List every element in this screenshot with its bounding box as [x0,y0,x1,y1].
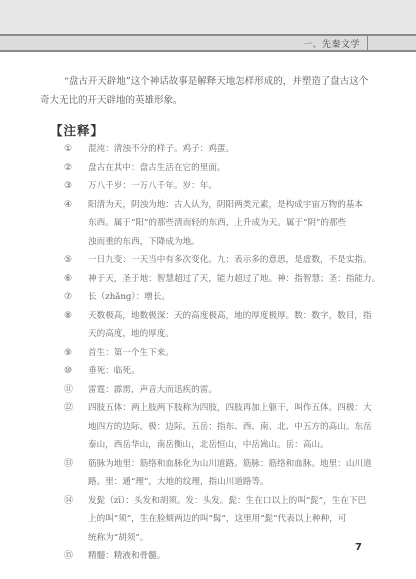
note-line: 统称为“胡须”。 [88,529,384,548]
note-line: 东西。属于“阳”的那些清而轻的东西，上升成为天。属于“阴”的那些 [88,214,384,233]
note-body: 长（zhǎng）：增长。 [88,288,384,307]
note-number: ⑬ [64,455,88,492]
note-item: ⑮精髓：精液和骨髓。 [64,547,384,566]
note-number: ④ [64,196,88,252]
note-number: ⑧ [64,307,88,344]
note-body: 阳清为天，阴浊为地：古人认为，阴阳两类元素，是构成宇宙万物的基本东西。属于“阳”… [88,196,384,252]
note-number: ⑤ [64,251,88,270]
note-item: ③万八千岁：一万八千年。岁：年。 [64,177,384,196]
note-number: ⑩ [64,362,88,381]
note-body: 万八千岁：一万八千年。岁：年。 [88,177,384,196]
intro-line: “盘古开天辟地”这个神话故事是解释天地怎样形成的，并塑造了盘古这个 [64,72,364,91]
note-number: ② [64,159,88,178]
note-item: ④阳清为天，阴浊为地：古人认为，阴阳两类元素，是构成宇宙万物的基本东西。属于“阳… [64,196,384,252]
note-number: ⑪ [64,381,88,400]
note-line: 筋脉为地里：筋络和血脉化为山川道路。筋脉：筋络和血脉。地里：山川道 [88,455,384,474]
note-item: ⑩垂死：临死。 [64,362,384,381]
note-line: 长（zhǎng）：增长。 [88,288,384,307]
running-head: 一、先秦文学 [303,37,360,50]
note-line: 万八千岁：一万八千年。岁：年。 [88,177,384,196]
note-number: ⑭ [64,492,88,548]
note-item: ②盘古在其中：盘古生活在它的里面。 [64,159,384,178]
note-body: 垂死：临死。 [88,362,384,381]
note-line: 天数极高，地数极深：天的高度极高，地的厚度极厚。数：数字，数目，指 [88,307,384,326]
note-item: ⑥神于天，圣于地：智慧超过了天，能力超过了地。神：指智慧；圣：指能力。 [64,270,384,289]
note-line: 地四方的边际。极：边际。五岳：指东、西、南、北、中五方的高山。东岳 [88,418,384,437]
note-number: ⑫ [64,399,88,455]
note-item: ⑦长（zhǎng）：增长。 [64,288,384,307]
note-line: 混沌：清浊不分的样子。鸡子：鸡蛋。 [88,140,384,159]
note-line: 路。里：通“理”，大地的纹理，指山川道路等。 [88,473,384,492]
notes-list: ①混沌：清浊不分的样子。鸡子：鸡蛋。②盘古在其中：盘古生活在它的里面。③万八千岁… [64,140,384,566]
intro-line: 奇大无比的开天辟地的英雄形象。 [40,91,364,110]
note-item: ⑫四肢五体：两上肢两下肢称为四肢，四肢再加上躯干，叫作五体。四极：大地四方的边际… [64,399,384,455]
note-number: ⑨ [64,344,88,363]
note-body: 筋脉为地里：筋络和血脉化为山川道路。筋脉：筋络和血脉。地里：山川道路。里：通“理… [88,455,384,492]
note-line: 阳清为天，阴浊为地：古人认为，阴阳两类元素，是构成宇宙万物的基本 [88,196,384,215]
note-line: 上的叫“须”，生在脸颊两边的叫“髯”，这里用“髭”代表以上种种，可 [88,510,384,529]
note-body: 盘古在其中：盘古生活在它的里面。 [88,159,384,178]
note-item: ⑤一日九变：一天当中有多次变化。九：表示多的意思，是虚数，不是实指。 [64,251,384,270]
note-line: 一日九变：一天当中有多次变化。九：表示多的意思，是虚数，不是实指。 [88,251,384,270]
note-item: ①混沌：清浊不分的样子。鸡子：鸡蛋。 [64,140,384,159]
note-item: ⑭发髭（zī）：头发和胡须。发：头发。髭：生在口以上的叫“髭”，生在下巴上的叫“… [64,492,384,548]
intro-paragraph: “盘古开天辟地”这个神话故事是解释天地怎样形成的，并塑造了盘古这个 奇大无比的开… [64,72,364,110]
note-line: 天的高度，地的厚度。 [88,325,384,344]
note-line: 发髭（zī）：头发和胡须。发：头发。髭：生在口以上的叫“髭”，生在下巴 [88,492,384,511]
note-item: ⑧天数极高，地数极深：天的高度极高，地的厚度极厚。数：数字，数目，指天的高度，地… [64,307,384,344]
header-band [0,0,416,34]
note-line: 泰山，西岳华山，南岳衡山，北岳恒山，中岳嵩山。岳：高山。 [88,436,384,455]
notes-title: 【注释】 [50,121,104,139]
note-line: 四肢五体：两上肢两下肢称为四肢，四肢再加上躯干，叫作五体。四极：大 [88,399,384,418]
note-body: 发髭（zī）：头发和胡须。发：头发。髭：生在口以上的叫“髭”，生在下巴上的叫“须… [88,492,384,548]
note-line: 垂死：临死。 [88,362,384,381]
note-item: ⑪雷霆：霹雳，声音大而迅疾的雷。 [64,381,384,400]
running-head-divider [367,36,368,50]
note-line: 首生：第一个生下来。 [88,344,384,363]
note-body: 首生：第一个生下来。 [88,344,384,363]
note-body: 一日九变：一天当中有多次变化。九：表示多的意思，是虚数，不是实指。 [88,251,384,270]
note-number: ① [64,140,88,159]
note-line: 精髓：精液和骨髓。 [88,547,384,566]
note-body: 雷霆：霹雳，声音大而迅疾的雷。 [88,381,384,400]
note-number: ③ [64,177,88,196]
note-body: 四肢五体：两上肢两下肢称为四肢，四肢再加上躯干，叫作五体。四极：大地四方的边际。… [88,399,384,455]
note-item: ⑬筋脉为地里：筋络和血脉化为山川道路。筋脉：筋络和血脉。地里：山川道路。里：通“… [64,455,384,492]
note-item: ⑨首生：第一个生下来。 [64,344,384,363]
note-number: ⑮ [64,547,88,566]
note-number: ⑥ [64,270,88,289]
note-line: 雷霆：霹雳，声音大而迅疾的雷。 [88,381,384,400]
note-body: 精髓：精液和骨髓。 [88,547,384,566]
note-number: ⑦ [64,288,88,307]
page-number: 7 [355,542,362,553]
note-body: 天数极高，地数极深：天的高度极高，地的厚度极厚。数：数字，数目，指天的高度，地的… [88,307,384,344]
note-body: 混沌：清浊不分的样子。鸡子：鸡蛋。 [88,140,384,159]
note-line: 盘古在其中：盘古生活在它的里面。 [88,159,384,178]
note-body: 神于天，圣于地：智慧超过了天，能力超过了地。神：指智慧；圣：指能力。 [88,270,384,289]
note-line: 浊而重的东西，下降成为地。 [88,233,384,252]
header-rule-bottom [0,50,416,52]
note-line: 神于天，圣于地：智慧超过了天，能力超过了地。神：指智慧；圣：指能力。 [88,270,384,289]
